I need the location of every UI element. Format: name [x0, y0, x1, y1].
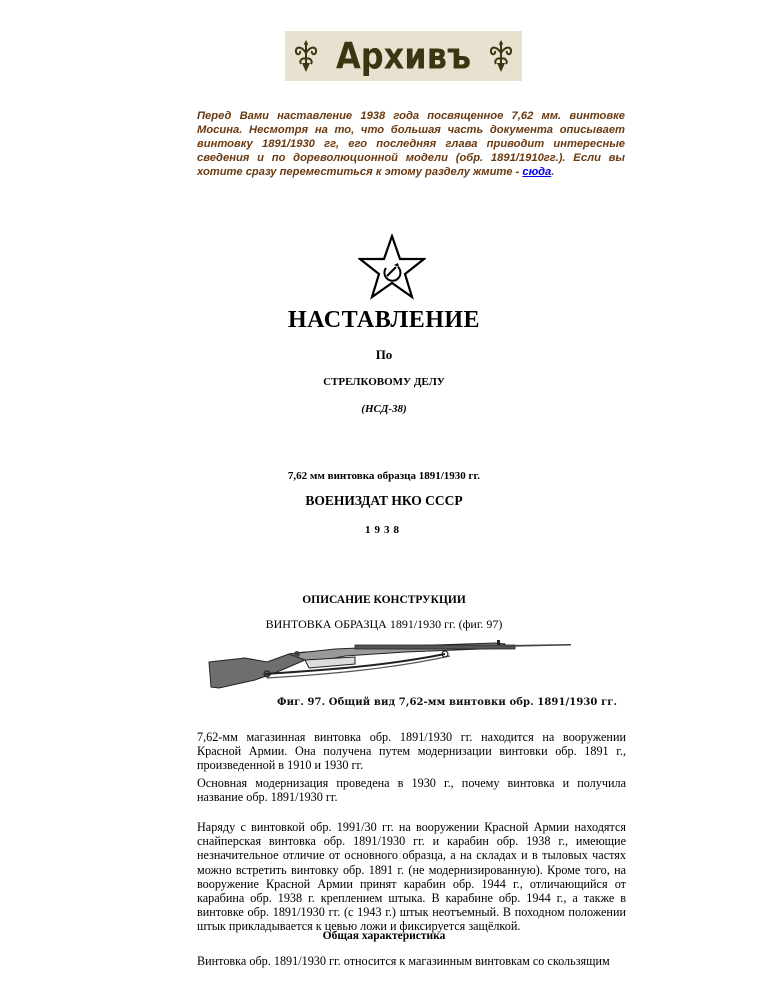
archive-logo-banner[interactable]: Архивъ	[285, 31, 522, 81]
document-subject: СТРЕЛКОВОМУ ДЕЛУ	[0, 376, 768, 388]
red-star-hammer-sickle-icon	[358, 234, 426, 300]
document-subtitle-po: По	[0, 347, 768, 363]
document-title: НАСТАВЛЕНИЕ	[0, 307, 768, 334]
archive-logo-text: Архивъ	[336, 38, 471, 75]
publication-year: 1938	[0, 524, 768, 536]
rifle-model-title: 7,62 мм винтовка образца 1891/1930 гг.	[0, 470, 768, 482]
intro-text: Перед Вами наставление 1938 года посвяще…	[197, 110, 625, 178]
subheading-general-characteristics: Общая характеристика	[0, 930, 768, 942]
publisher: ВОЕНИЗДАТ НКО СССР	[0, 493, 768, 509]
figure-caption: Фиг. 97. Общий вид 7,62-мм винтовки обр.…	[277, 697, 617, 708]
section-title: ОПИСАНИЕ КОНСТРУКЦИИ	[0, 594, 768, 606]
document-code: (НСД-38)	[0, 403, 768, 415]
intro-note: Перед Вами наставление 1938 года посвяще…	[197, 109, 625, 179]
jump-to-section-link[interactable]: сюда	[522, 166, 551, 178]
rifle-illustration	[205, 640, 573, 690]
ornament-right-icon	[488, 39, 514, 73]
section-subtitle: ВИНТОВКА ОБРАЗЦА 1891/1930 гг. (фиг. 97)	[0, 617, 768, 632]
paragraph-3: Наряду с винтовкой обр. 1991/30 гг. на в…	[197, 820, 626, 934]
ornament-left-icon	[293, 39, 319, 73]
paragraph-2: Основная модернизация проведена в 1930 г…	[197, 776, 626, 804]
paragraph-4: Винтовка обр. 1891/1930 гг. относится к …	[197, 954, 626, 968]
paragraph-1: 7,62-мм магазинная винтовка обр. 1891/19…	[197, 730, 626, 773]
intro-text-end: .	[551, 166, 554, 178]
